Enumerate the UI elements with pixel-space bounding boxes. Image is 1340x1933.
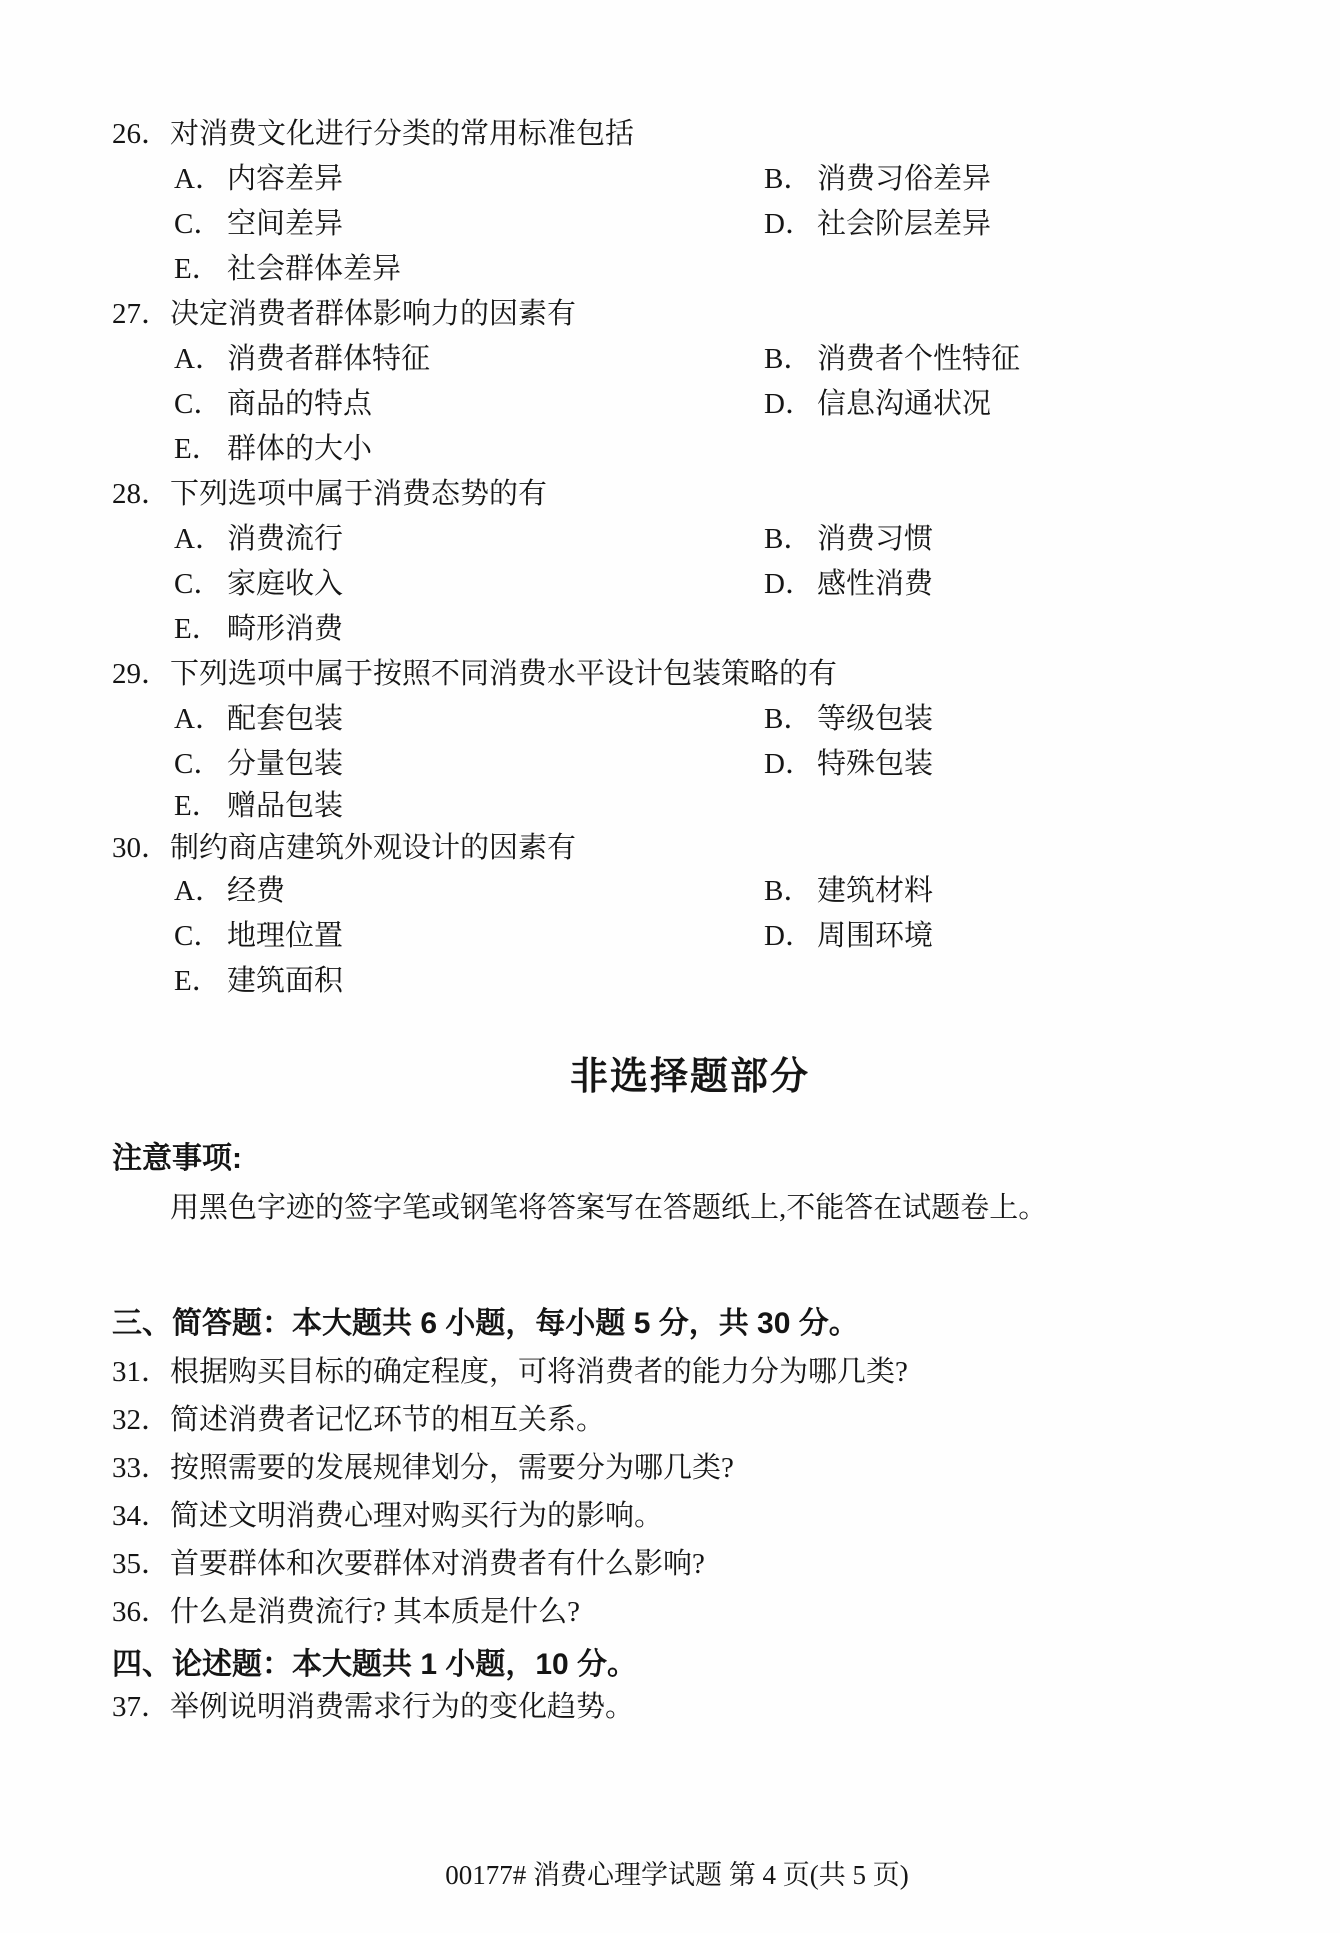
option-a: A．内容差异 bbox=[174, 163, 343, 195]
question-28: 28．下列选项中属于消费态势的有 bbox=[112, 474, 547, 514]
question-number: 27． bbox=[112, 294, 170, 334]
option-text: 地理位置 bbox=[227, 920, 343, 952]
option-e: E．建筑面积 bbox=[174, 965, 343, 997]
question-text: 举例说明消费需求行为的变化趋势。 bbox=[170, 1691, 634, 1723]
question-30-options-row-3: E．建筑面积 bbox=[174, 961, 1314, 1001]
question-text: 按照需要的发展规律划分，需要分为哪几类? bbox=[170, 1452, 734, 1484]
question-text: 简述消费者记忆环节的相互关系。 bbox=[170, 1404, 605, 1436]
option-c: C．家庭收入 bbox=[174, 568, 343, 600]
option-text: 赠品包装 bbox=[227, 790, 343, 822]
option-label: B． bbox=[764, 159, 817, 199]
question-34: 34．简述文明消费心理对购买行为的影响。 bbox=[112, 1496, 663, 1536]
option-text: 等级包装 bbox=[817, 703, 933, 735]
question-29-options-row-2: C．分量包装 D．特殊包装 bbox=[174, 744, 1314, 784]
question-30: 30．制约商店建筑外观设计的因素有 bbox=[112, 828, 576, 868]
question-29-options-row-1: A．配套包装 B．等级包装 bbox=[174, 699, 1314, 739]
option-label: D． bbox=[764, 744, 817, 784]
option-text: 社会阶层差异 bbox=[817, 208, 991, 240]
notice-label: 注意事项: bbox=[112, 1139, 242, 1179]
option-b: B．建筑材料 bbox=[764, 871, 933, 911]
option-text: 感性消费 bbox=[817, 568, 933, 600]
option-b: B．消费习俗差异 bbox=[764, 159, 991, 199]
question-text: 对消费文化进行分类的常用标准包括 bbox=[170, 118, 634, 150]
question-text: 决定消费者群体影响力的因素有 bbox=[170, 298, 576, 330]
question-number: 37． bbox=[112, 1687, 170, 1727]
option-label: E． bbox=[174, 961, 227, 1001]
question-29-options-row-3: E．赠品包装 bbox=[174, 786, 1314, 826]
question-text: 下列选项中属于按照不同消费水平设计包装策略的有 bbox=[170, 658, 837, 690]
option-label: C． bbox=[174, 744, 227, 784]
page-footer: 00177# 消费心理学试题 第 4 页(共 5 页) bbox=[14, 1855, 1340, 1895]
question-37: 37．举例说明消费需求行为的变化趋势。 bbox=[112, 1687, 634, 1727]
question-number: 32． bbox=[112, 1400, 170, 1440]
option-label: A． bbox=[174, 699, 227, 739]
option-label: E． bbox=[174, 609, 227, 649]
option-label: A． bbox=[174, 871, 227, 911]
option-text: 经费 bbox=[227, 875, 285, 907]
question-text: 首要群体和次要群体对消费者有什么影响? bbox=[170, 1548, 705, 1580]
option-b: B．消费者个性特征 bbox=[764, 339, 1020, 379]
question-28-options-row-1: A．消费流行 B．消费习惯 bbox=[174, 519, 1314, 559]
option-label: D． bbox=[764, 564, 817, 604]
question-32: 32．简述消费者记忆环节的相互关系。 bbox=[112, 1400, 605, 1440]
option-label: B． bbox=[764, 339, 817, 379]
question-28-options-row-3: E．畸形消费 bbox=[174, 609, 1314, 649]
exam-paper-page: 26．对消费文化进行分类的常用标准包括 A．内容差异 B．消费习俗差异 C．空间… bbox=[0, 0, 1340, 1933]
question-31: 31．根据购买目标的确定程度，可将消费者的能力分为哪几类? bbox=[112, 1352, 908, 1392]
option-text: 信息沟通状况 bbox=[817, 388, 991, 420]
question-36: 36．什么是消费流行? 其本质是什么? bbox=[112, 1592, 580, 1632]
option-text: 畸形消费 bbox=[227, 613, 343, 645]
question-26-options-row-1: A．内容差异 B．消费习俗差异 bbox=[174, 159, 1314, 199]
option-label: E． bbox=[174, 786, 227, 826]
option-a: A．消费者群体特征 bbox=[174, 343, 430, 375]
option-label: C． bbox=[174, 916, 227, 956]
question-26-options-row-2: C．空间差异 D．社会阶层差异 bbox=[174, 204, 1314, 244]
option-b: B．等级包装 bbox=[764, 699, 933, 739]
option-c: C．地理位置 bbox=[174, 920, 343, 952]
option-label: B． bbox=[764, 519, 817, 559]
question-text: 制约商店建筑外观设计的因素有 bbox=[170, 832, 576, 864]
option-text: 商品的特点 bbox=[227, 388, 372, 420]
question-number: 33． bbox=[112, 1448, 170, 1488]
option-d: D．社会阶层差异 bbox=[764, 204, 991, 244]
question-33: 33．按照需要的发展规律划分，需要分为哪几类? bbox=[112, 1448, 734, 1488]
short-answer-section-heading: 三、简答题：本大题共 6 小题，每小题 5 分，共 30 分。 bbox=[112, 1304, 859, 1344]
question-27-options-row-1: A．消费者群体特征 B．消费者个性特征 bbox=[174, 339, 1314, 379]
option-e: E．社会群体差异 bbox=[174, 253, 401, 285]
question-number: 28． bbox=[112, 474, 170, 514]
option-text: 配套包装 bbox=[227, 703, 343, 735]
question-text: 简述文明消费心理对购买行为的影响。 bbox=[170, 1500, 663, 1532]
option-text: 空间差异 bbox=[227, 208, 343, 240]
option-e: E．畸形消费 bbox=[174, 613, 343, 645]
question-number: 30． bbox=[112, 828, 170, 868]
option-text: 社会群体差异 bbox=[227, 253, 401, 285]
question-27: 27．决定消费者群体影响力的因素有 bbox=[112, 294, 576, 334]
question-number: 31． bbox=[112, 1352, 170, 1392]
option-label: A． bbox=[174, 519, 227, 559]
option-text: 周围环境 bbox=[817, 920, 933, 952]
option-d: D．信息沟通状况 bbox=[764, 384, 991, 424]
option-text: 消费习惯 bbox=[817, 523, 933, 555]
option-label: C． bbox=[174, 384, 227, 424]
option-label: C． bbox=[174, 564, 227, 604]
option-c: C．空间差异 bbox=[174, 208, 343, 240]
notice-text: 用黑色字迹的签字笔或钢笔将答案写在答题纸上,不能答在试题卷上。 bbox=[170, 1188, 1047, 1228]
question-35: 35．首要群体和次要群体对消费者有什么影响? bbox=[112, 1544, 705, 1584]
question-26: 26．对消费文化进行分类的常用标准包括 bbox=[112, 114, 634, 154]
question-27-options-row-3: E．群体的大小 bbox=[174, 429, 1314, 469]
question-30-options-row-1: A．经费 B．建筑材料 bbox=[174, 871, 1314, 911]
option-text: 群体的大小 bbox=[227, 433, 372, 465]
essay-section-heading: 四、论述题：本大题共 1 小题，10 分。 bbox=[112, 1645, 637, 1685]
option-label: E． bbox=[174, 429, 227, 469]
option-label: B． bbox=[764, 871, 817, 911]
option-b: B．消费习惯 bbox=[764, 519, 933, 559]
question-number: 36． bbox=[112, 1592, 170, 1632]
question-28-options-row-2: C．家庭收入 D．感性消费 bbox=[174, 564, 1314, 604]
section-heading-non-selection: 非选择题部分 bbox=[30, 1053, 1340, 1101]
question-30-options-row-2: C．地理位置 D．周围环境 bbox=[174, 916, 1314, 956]
option-text: 消费者个性特征 bbox=[817, 343, 1020, 375]
question-26-options-row-3: E．社会群体差异 bbox=[174, 249, 1314, 289]
option-label: D． bbox=[764, 204, 817, 244]
option-e: E．赠品包装 bbox=[174, 790, 343, 822]
option-label: C． bbox=[174, 204, 227, 244]
option-d: D．感性消费 bbox=[764, 564, 933, 604]
option-label: D． bbox=[764, 916, 817, 956]
question-number: 29． bbox=[112, 654, 170, 694]
option-label: A． bbox=[174, 159, 227, 199]
option-label: E． bbox=[174, 249, 227, 289]
option-a: A．配套包装 bbox=[174, 703, 343, 735]
option-e: E．群体的大小 bbox=[174, 433, 372, 465]
option-text: 消费习俗差异 bbox=[817, 163, 991, 195]
option-text: 建筑面积 bbox=[227, 965, 343, 997]
option-d: D．特殊包装 bbox=[764, 744, 933, 784]
option-text: 消费者群体特征 bbox=[227, 343, 430, 375]
question-text: 什么是消费流行? 其本质是什么? bbox=[170, 1596, 580, 1628]
option-text: 内容差异 bbox=[227, 163, 343, 195]
option-label: B． bbox=[764, 699, 817, 739]
option-label: D． bbox=[764, 384, 817, 424]
option-text: 消费流行 bbox=[227, 523, 343, 555]
question-29: 29．下列选项中属于按照不同消费水平设计包装策略的有 bbox=[112, 654, 837, 694]
question-text: 根据购买目标的确定程度，可将消费者的能力分为哪几类? bbox=[170, 1356, 908, 1388]
option-c: C．商品的特点 bbox=[174, 388, 372, 420]
question-number: 26． bbox=[112, 114, 170, 154]
option-label: A． bbox=[174, 339, 227, 379]
option-text: 特殊包装 bbox=[817, 748, 933, 780]
question-number: 34． bbox=[112, 1496, 170, 1536]
option-c: C．分量包装 bbox=[174, 748, 343, 780]
option-text: 建筑材料 bbox=[817, 875, 933, 907]
question-text: 下列选项中属于消费态势的有 bbox=[170, 478, 547, 510]
question-27-options-row-2: C．商品的特点 D．信息沟通状况 bbox=[174, 384, 1314, 424]
option-text: 家庭收入 bbox=[227, 568, 343, 600]
option-text: 分量包装 bbox=[227, 748, 343, 780]
option-d: D．周围环境 bbox=[764, 916, 933, 956]
option-a: A．消费流行 bbox=[174, 523, 343, 555]
question-number: 35． bbox=[112, 1544, 170, 1584]
option-a: A．经费 bbox=[174, 875, 285, 907]
